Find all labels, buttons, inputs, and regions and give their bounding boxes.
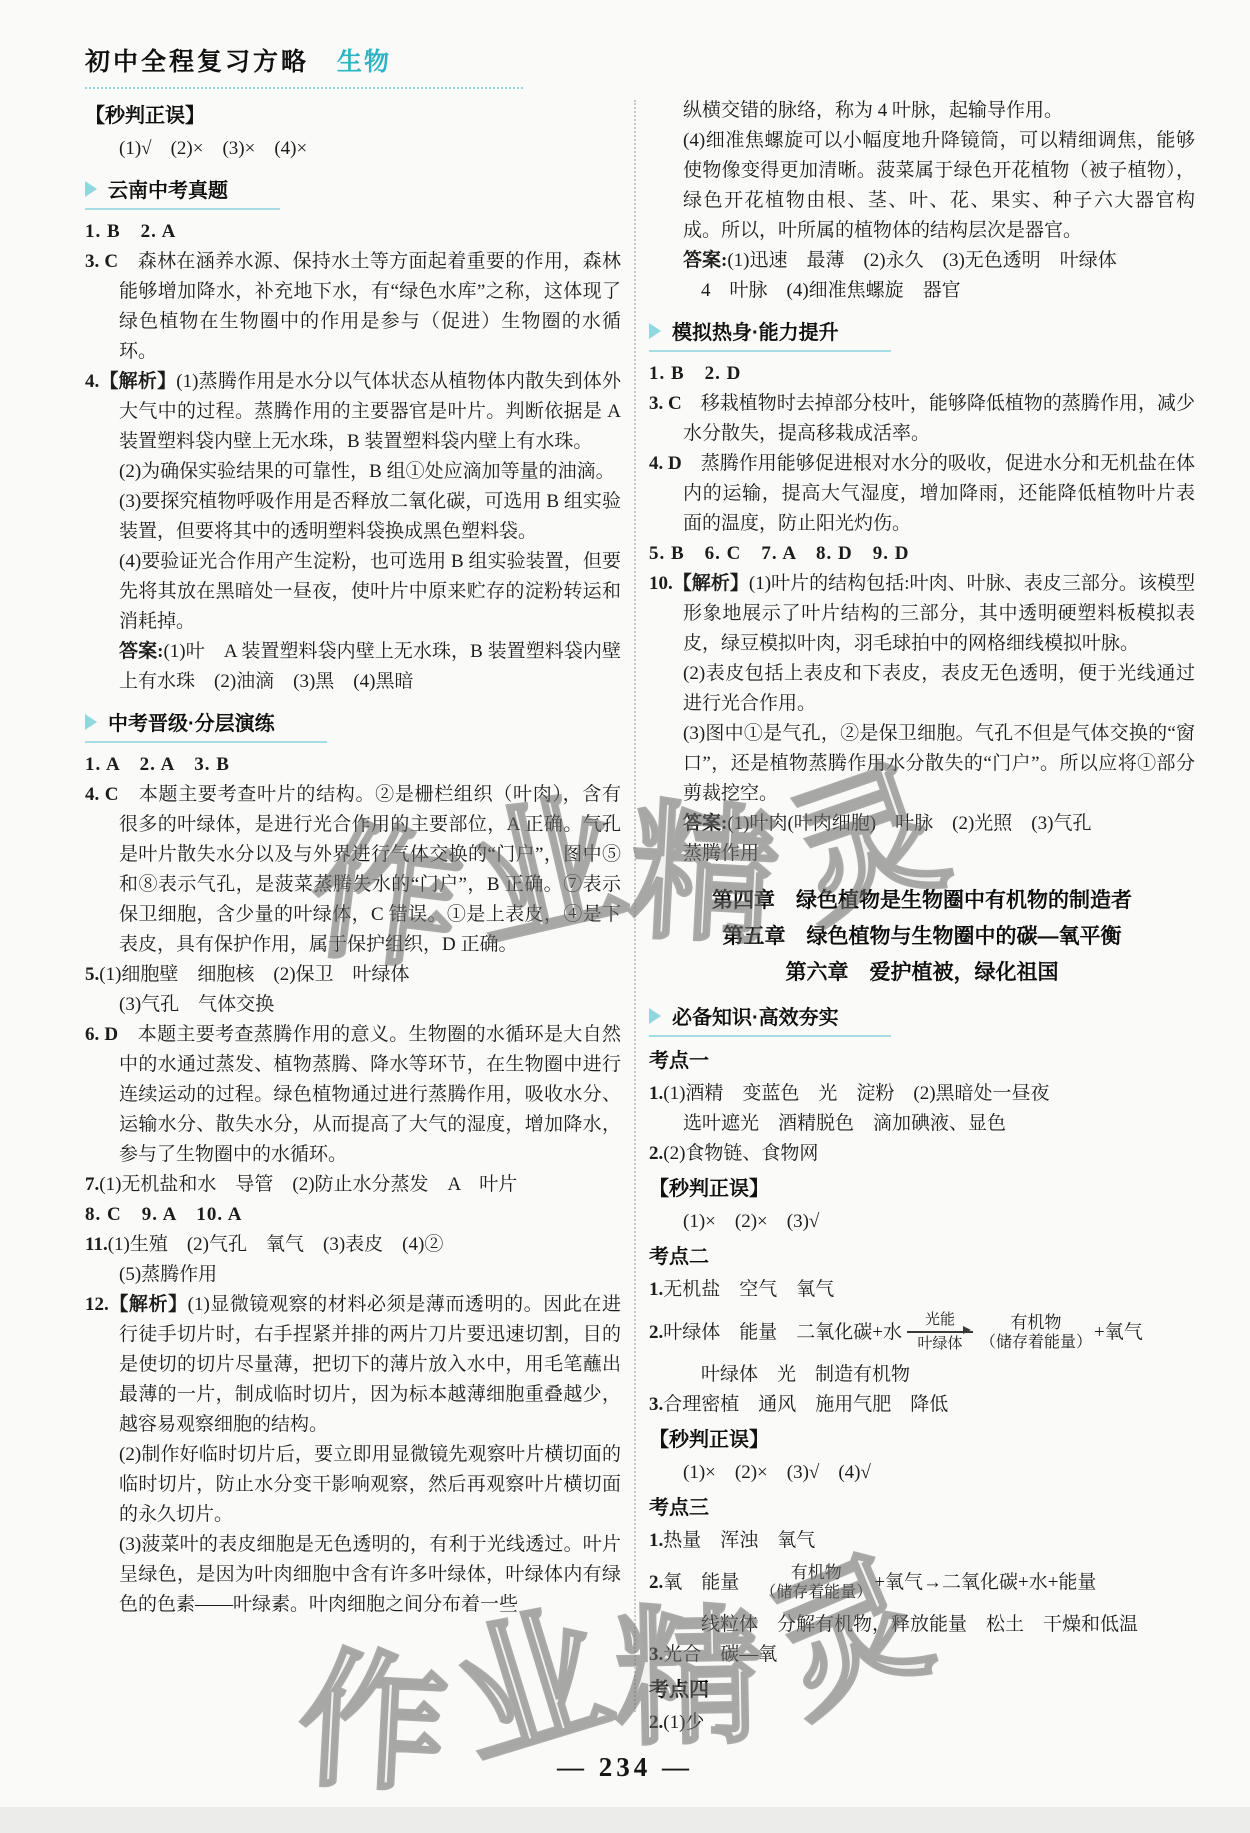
respiration-equation: 2.氧 能量 有机物（储存着能量）+氧气→二氧化碳+水+能量 [649,1563,1195,1603]
paragraph-text: 本题主要考查叶片的结构。②是栅栏组织（叶肉），含有很多的叶绿体，是进行光合作用的… [119,784,621,955]
paragraph-text: 热量 浑浊 氧气 [663,1530,815,1551]
item-number: 11. [85,1234,108,1255]
chapter-title-line: 第六章 爱护植被，绿化祖国 [649,955,1195,991]
answer-key-line: 8. C 9. A 10. A [85,1200,621,1230]
paragraph-text: (1)无机盐和水 导管 (2)防止水分蒸发 A 叶片 [99,1174,517,1195]
chevron-right-icon [649,1008,661,1024]
right-column: 纵横交错的脉络，称为 4 叶脉，起输导作用。(4)细准焦螺旋可以小幅度地升降镜筒… [649,96,1195,1738]
chevron-right-icon [649,323,661,339]
numbered-paragraph: 3. C 移栽植物时去掉部分枝叶，能够降低植物的蒸腾作用，减少水分散失，提高移栽… [649,389,1195,449]
arrow-condition-top: 光能 [925,1312,955,1329]
bold-label: 【秒判正误】 [85,99,621,133]
paragraph-text: (1)少 [663,1712,704,1733]
bold-label: 【秒判正误】 [649,1172,1195,1206]
chapter-heading: 第四章 绿色植物是生物圈中有机物的制造者第五章 绿色植物与生物圈中的碳—氧平衡第… [649,883,1195,991]
indented-sub-paragraph: 4 叶脉 (4)细准焦螺旋 器官 [649,276,1195,306]
equation-reactants: 叶绿体 能量 二氧化碳+水 [663,1318,902,1348]
answer-line: 答案:(1)迅速 最薄 (2)永久 (3)无色透明 叶绿体 [649,246,1195,276]
sub-paragraph: (5)蒸腾作用 [85,1260,621,1290]
reactant-bottom: （储存着能量） [760,1583,872,1603]
numbered-paragraph: 1.热量 浑浊 氧气 [649,1526,1195,1556]
numbered-paragraph: 1.无机盐 空气 氧气 [649,1275,1195,1305]
chapter-title-line: 第五章 绿色植物与生物圈中的碳—氧平衡 [649,919,1195,955]
paragraph-text: 光合 碳—氧 [663,1644,777,1665]
sub-paragraph: (3)菠菜叶的表皮细胞是无色透明的，有利于光线透过。叶片呈绿色，是因为叶肉细胞中… [85,1530,621,1620]
sub-paragraph: (3)气孔 气体交换 [85,990,621,1020]
product-top: 有机物 [1010,1313,1061,1333]
answer-line: 答案:(1)叶 A 装置塑料袋内壁上无水珠，B 装置塑料袋内壁上有水珠 (2)油… [85,637,621,697]
sub-paragraph: (3)图中①是气孔，②是保卫细胞。气孔不但是气体交换的“窗口”，还是植物蒸腾作用… [649,719,1195,809]
bold-label: 考点二 [649,1240,1195,1274]
item-number: 1. [649,1083,663,1104]
paragraph-text: (1)显微镜观察的材料必须是薄而透明的。因此在进行徒手切片时，右手捏紧并排的两片… [119,1294,621,1435]
answer-label: 答案: [683,813,727,834]
brand-header-line: 初中全程复习方略 生物 [85,42,523,89]
item-number: 7. [85,1174,99,1195]
sub-paragraph: (4)细准焦螺旋可以小幅度地升降镜筒，可以精细调焦，能够使物像变得更加清晰。菠菜… [649,126,1195,246]
reactant-top: 有机物 [791,1563,842,1583]
section-header: 模拟热身·能力提升 [649,316,891,352]
item-number: 4. D [649,453,701,474]
section-header: 中考晋级·分层演练 [85,707,327,743]
chapter-title-line: 第四章 绿色植物是生物圈中有机物的制造者 [649,883,1195,919]
sub-paragraph: 选叶遮光 酒精脱色 滴加碘液、显色 [649,1109,1195,1139]
sub-paragraph: (1)× (2)× (3)√ (4)√ [649,1458,1195,1488]
answer-text: (1)叶 A 装置塑料袋内壁上无水珠，B 装置塑料袋内壁上有水珠 (2)油滴 (… [119,641,621,692]
numbered-paragraph: 2.(1)少 [649,1708,1195,1738]
chevron-right-icon [85,714,97,730]
numbered-paragraph: 3.合理密植 通风 施用气肥 降低 [649,1390,1195,1420]
item-number: 3. [649,1394,663,1415]
brand-header: 初中全程复习方略 生物 [85,42,523,89]
left-column: 【秒判正误】(1)√ (2)× (3)× (4)×云南中考真题1. B 2. A… [85,96,621,1738]
paragraph-text: (1)蒸腾作用是水分以气体状态从植物体内散失到体外大气中的过程。蒸腾作用的主要器… [119,371,621,452]
answer-text: (1)迅速 最薄 (2)永久 (3)无色透明 叶绿体 [727,250,1116,271]
paragraph-text: 无机盐 空气 氧气 [663,1279,834,1300]
bold-label: 考点三 [649,1491,1195,1525]
section-header-title: 中考晋级·分层演练 [108,707,275,736]
numbered-paragraph: 12.【解析】(1)显微镜观察的材料必须是薄而透明的。因此在进行徒手切片时，右手… [85,1290,621,1440]
item-number: 4.【解析】 [85,371,176,392]
scan-edge-shadow [0,1807,1250,1833]
paragraph-text: 合理密植 通风 施用气肥 降低 [663,1394,948,1415]
sub-paragraph: 蒸腾作用 [649,839,1195,869]
item-number: 6. D [85,1024,138,1045]
bold-label: 考点四 [649,1673,1195,1707]
section-header-title: 云南中考真题 [108,174,228,203]
paragraph-text: (1)叶片的结构包括:叶肉、叶脉、表皮三部分。该模型形象地展示了叶片结构的三部分… [683,573,1195,654]
item-number: 2. [649,1712,663,1733]
indented-sub-paragraph: 线粒体 分解有机物，释放能量 松土 干燥和低温 [649,1610,1195,1640]
paragraph-text: (2)食物链、食物网 [663,1143,818,1164]
column-divider [634,100,636,1712]
paragraph-text: 本题主要考查蒸腾作用的意义。生物圈的水循环是大自然中的水通过蒸发、植物蒸腾、降水… [119,1024,621,1165]
numbered-paragraph: 1.(1)酒精 变蓝色 光 淀粉 (2)黑暗处一昼夜 [649,1079,1195,1109]
item-number: 2. [649,1318,663,1348]
paragraph-text: (1)生殖 (2)气孔 氧气 (3)表皮 (4)② [108,1234,444,1255]
answer-label: 答案: [119,641,163,662]
answer-key-line: 1. A 2. A 3. B [85,750,621,780]
item-number: 2. [649,1143,663,1164]
chevron-right-icon [85,181,97,197]
sub-paragraph: 纵横交错的脉络，称为 4 叶脉，起输导作用。 [649,96,1195,126]
paragraph-text: 移栽植物时去掉部分枝叶，能够降低植物的蒸腾作用，减少水分散失，提高移栽成活率。 [683,393,1195,444]
item-number: 4. C [85,784,139,805]
answer-text: (1)叶肉(叶肉细胞) 叶脉 (2)光照 (3)气孔 [727,813,1091,834]
paragraph-text: 森林在涵养水源、保持水土等方面起着重要的作用，森林能够增加降水，补充地下水，有“… [119,251,621,362]
answer-key-line: 5. B 6. C 7. A 8. D 9. D [649,539,1195,569]
subject-label: 生物 [337,42,391,78]
answer-key-line: 1. B 2. A [85,217,621,247]
answer-line: 答案:(1)叶肉(叶肉细胞) 叶脉 (2)光照 (3)气孔 [649,809,1195,839]
numbered-paragraph: 3.光合 碳—氧 [649,1640,1195,1670]
sub-paragraph: (1)√ (2)× (3)× (4)× [85,134,621,164]
section-header-title: 模拟热身·能力提升 [672,316,839,345]
numbered-paragraph: 10.【解析】(1)叶片的结构包括:叶肉、叶脉、表皮三部分。该模型形象地展示了叶… [649,569,1195,659]
answer-key-line: 1. B 2. D [649,359,1195,389]
indented-sub-paragraph: 叶绿体 光 制造有机物 [649,1360,1195,1390]
numbered-paragraph: 3. C 森林在涵养水源、保持水土等方面起着重要的作用，森林能够增加降水，补充地… [85,247,621,367]
paragraph-text: 蒸腾作用能够促进根对水分的吸收，促进水分和无机盐在体内的运输，提高大气湿度，增加… [683,453,1195,534]
paragraph-text: (1)酒精 变蓝色 光 淀粉 (2)黑暗处一昼夜 [663,1083,1049,1104]
numbered-paragraph: 6. D 本题主要考查蒸腾作用的意义。生物圈的水循环是大自然中的水通过蒸发、植物… [85,1020,621,1170]
book-series-title: 初中全程复习方略 [85,42,309,78]
numbered-paragraph: 5.(1)细胞壁 细胞核 (2)保卫 叶绿体 [85,960,621,990]
bold-label: 【秒判正误】 [649,1423,1195,1457]
numbered-paragraph: 7.(1)无机盐和水 导管 (2)防止水分蒸发 A 叶片 [85,1170,621,1200]
sub-paragraph: (1)× (2)× (3)√ [649,1207,1195,1237]
equation-suffix: +氧气→二氧化碳+水+能量 [874,1568,1096,1598]
item-number: 3. C [649,393,701,414]
sub-paragraph: (2)表皮包括上表皮和下表皮，表皮无色透明，便于光线通过进行光合作用。 [649,659,1195,719]
numbered-paragraph: 2.(2)食物链、食物网 [649,1139,1195,1169]
item-number: 1. [649,1530,663,1551]
product-bottom: （储存着能量） [980,1333,1092,1353]
section-header: 必备知识·高效夯实 [649,1001,891,1037]
bold-label: 考点一 [649,1044,1195,1078]
equation-suffix: +氧气 [1094,1318,1143,1348]
page-number: — 234 — [0,1752,1250,1783]
sub-paragraph: (4)要验证光合作用产生淀粉，也可选用 B 组实验装置，但要先将其放在黑暗处一昼… [85,547,621,637]
product-stack: 有机物（储存着能量） [980,1313,1092,1353]
item-number: 1. [649,1279,663,1300]
numbered-paragraph: 4.【解析】(1)蒸腾作用是水分以气体状态从植物体内散失到体外大气中的过程。蒸腾… [85,367,621,457]
reaction-arrow: 光能叶绿体 [907,1312,973,1353]
section-header-title: 必备知识·高效夯实 [672,1001,839,1030]
arrow-condition-bottom: 叶绿体 [917,1336,962,1353]
answer-columns: 【秒判正误】(1)√ (2)× (3)× (4)×云南中考真题1. B 2. A… [85,96,1197,1738]
section-header: 云南中考真题 [85,174,280,210]
item-number: 2. [649,1568,663,1598]
numbered-paragraph: 4. C 本题主要考查叶片的结构。②是栅栏组织（叶肉），含有很多的叶绿体，是进行… [85,780,621,960]
sub-paragraph: (3)要探究植物呼吸作用是否释放二氧化碳，可选用 B 组实验装置，但要将其中的透… [85,487,621,547]
answer-label: 答案: [683,250,727,271]
numbered-paragraph: 4. D 蒸腾作用能够促进根对水分的吸收，促进水分和无机盐在体内的运输，提高大气… [649,449,1195,539]
item-number: 10.【解析】 [649,573,749,594]
photosynthesis-equation: 2.叶绿体 能量 二氧化碳+水光能叶绿体有机物（储存着能量）+氧气 [649,1312,1195,1353]
sub-paragraph: (2)制作好临时切片后，要立即用显微镜先观察叶片横切面的临时切片，防止水分变干影… [85,1440,621,1530]
item-number: 3. C [85,251,138,272]
sub-paragraph: (2)为确保实验结果的可靠性，B 组①处应滴加等量的油滴。 [85,457,621,487]
reactant-stack: 有机物（储存着能量） [760,1563,872,1603]
equation-prefix: 氧 能量 [663,1568,758,1598]
item-number: 12.【解析】 [85,1294,188,1315]
paragraph-text: (1)细胞壁 细胞核 (2)保卫 叶绿体 [99,964,409,985]
scanned-answer-page: { "page": { "brand_title": "初中全程复习方略", "… [0,0,1250,1833]
item-number: 3. [649,1644,663,1665]
numbered-paragraph: 11.(1)生殖 (2)气孔 氧气 (3)表皮 (4)② [85,1230,621,1260]
item-number: 5. [85,964,99,985]
arrow-line-icon [907,1331,973,1333]
